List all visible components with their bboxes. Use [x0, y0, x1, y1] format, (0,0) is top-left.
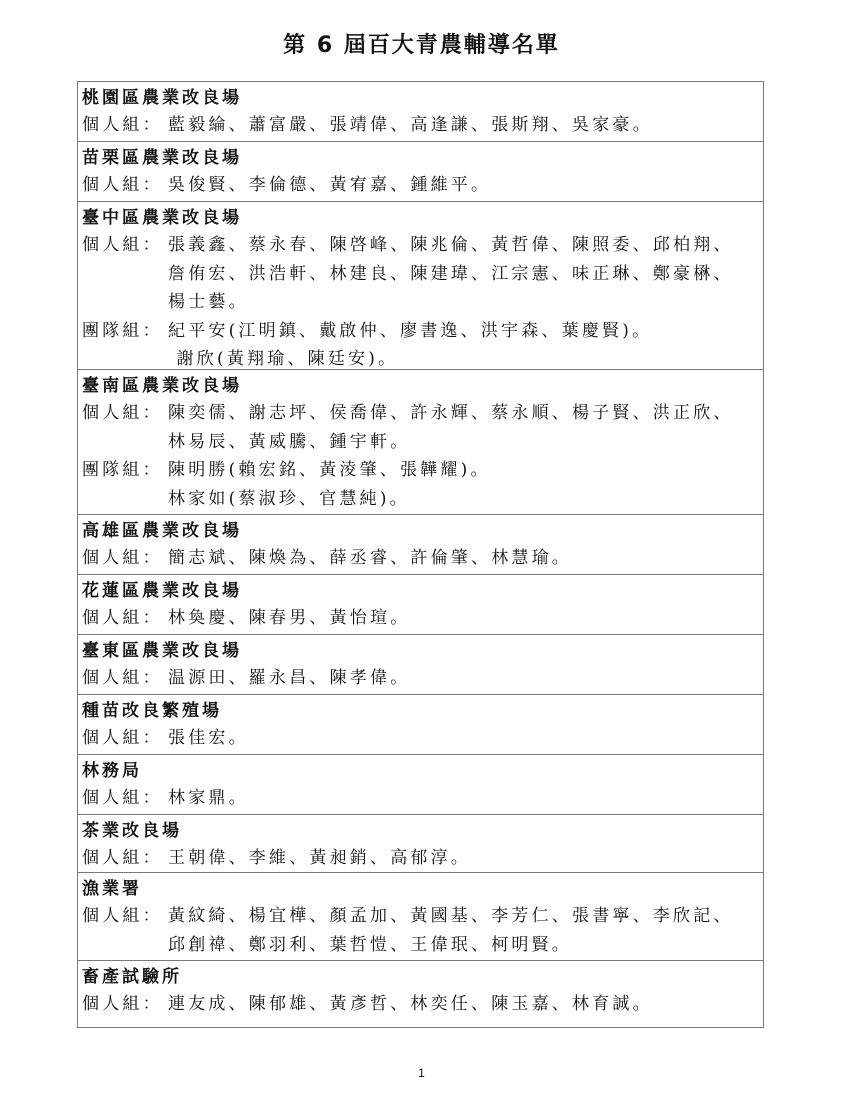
names-line: 連友成、陳郁雄、黃彥哲、林奕任、陳玉嘉、林育誠。: [168, 990, 763, 1019]
award-group: 個人組：陳奕儒、謝志坪、侯喬偉、許永輝、蔡永順、楊子賢、洪正欣、林易辰、黃威騰、…: [82, 399, 763, 456]
award-group: 個人組：林家鼎。: [82, 784, 763, 813]
names-line: 詹侑宏、洪浩軒、林建良、陳建瑋、江宗憲、味正琳、鄭豪楙、: [168, 260, 763, 289]
recipient-names: 陳明勝(賴宏銘、黃淩肇、張韡耀)。林家如(蔡淑珍、官慧純)。: [168, 456, 763, 513]
section-block: 漁業署個人組：黃紋綺、楊宜樺、顏孟加、黃國基、李芳仁、張書寧、李欣記、邱創禕、鄭…: [78, 873, 763, 961]
mentor-list-table: 桃園區農業改良場個人組：藍毅綸、蕭富嚴、張靖偉、高逢謙、張斯翔、吳家豪。苗栗區農…: [77, 81, 764, 1028]
section-heading: 漁業署: [82, 873, 763, 902]
recipient-names: 張義鑫、蔡永春、陳啓峰、陳兆倫、黃哲偉、陳照委、邱柏翔、詹侑宏、洪浩軒、林建良、…: [168, 231, 763, 317]
names-line: 楊士藝。: [168, 288, 763, 317]
section-block: 臺南區農業改良場個人組：陳奕儒、謝志坪、侯喬偉、許永輝、蔡永順、楊子賢、洪正欣、…: [78, 370, 763, 515]
award-group: 團隊組：陳明勝(賴宏銘、黃淩肇、張韡耀)。林家如(蔡淑珍、官慧純)。: [82, 456, 763, 513]
names-line: 簡志斌、陳煥為、薛丞睿、許倫肇、林慧瑜。: [168, 544, 763, 573]
names-line: 張佳宏。: [168, 724, 763, 753]
section-heading: 畜產試驗所: [82, 961, 763, 990]
names-line: 藍毅綸、蕭富嚴、張靖偉、高逢謙、張斯翔、吳家豪。: [168, 111, 763, 140]
award-group: 個人組：簡志斌、陳煥為、薛丞睿、許倫肇、林慧瑜。: [82, 544, 763, 573]
section-heading: 臺南區農業改良場: [82, 370, 763, 399]
section-block: 臺中區農業改良場個人組：張義鑫、蔡永春、陳啓峰、陳兆倫、黃哲偉、陳照委、邱柏翔、…: [78, 202, 763, 370]
award-group: 個人組：連友成、陳郁雄、黃彥哲、林奕任、陳玉嘉、林育誠。: [82, 990, 763, 1019]
group-label: 個人組：: [82, 664, 168, 693]
recipient-names: 藍毅綸、蕭富嚴、張靖偉、高逢謙、張斯翔、吳家豪。: [168, 111, 763, 140]
award-group: 個人組：藍毅綸、蕭富嚴、張靖偉、高逢謙、張斯翔、吳家豪。: [82, 111, 763, 140]
recipient-names: 林家鼎。: [168, 784, 763, 813]
award-group: 個人組：温源田、羅永昌、陳孝偉。: [82, 664, 763, 693]
section-heading: 苗栗區農業改良場: [82, 142, 763, 171]
section-block: 高雄區農業改良場個人組：簡志斌、陳煥為、薛丞睿、許倫肇、林慧瑜。: [78, 515, 763, 575]
recipient-names: 温源田、羅永昌、陳孝偉。: [168, 664, 763, 693]
names-line: 林奐慶、陳春男、黃怡瑄。: [168, 604, 763, 633]
group-label: 個人組：: [82, 990, 168, 1019]
section-heading: 茶業改良場: [82, 815, 763, 844]
award-group: 個人組：吳俊賢、李倫德、黃宥嘉、鍾維平。: [82, 171, 763, 200]
names-line: 林家如(蔡淑珍、官慧純)。: [168, 485, 763, 514]
section-block: 花蓮區農業改良場個人組：林奐慶、陳春男、黃怡瑄。: [78, 575, 763, 635]
recipient-names: 連友成、陳郁雄、黃彥哲、林奕任、陳玉嘉、林育誠。: [168, 990, 763, 1019]
document-title: 第 6 屆百大青農輔導名單: [0, 28, 843, 59]
group-label: 個人組：: [82, 844, 168, 873]
recipient-names: 張佳宏。: [168, 724, 763, 753]
group-label: 個人組：: [82, 231, 168, 260]
recipient-names: 陳奕儒、謝志坪、侯喬偉、許永輝、蔡永順、楊子賢、洪正欣、林易辰、黃威騰、鍾宇軒。: [168, 399, 763, 456]
group-label: 個人組：: [82, 399, 168, 428]
group-label: 團隊組：: [82, 317, 168, 346]
section-block: 桃園區農業改良場個人組：藍毅綸、蕭富嚴、張靖偉、高逢謙、張斯翔、吳家豪。: [78, 82, 763, 142]
names-line: 邱創禕、鄭羽利、葉哲愷、王偉珉、柯明賢。: [168, 931, 763, 960]
group-label: 個人組：: [82, 604, 168, 633]
group-label: 個人組：: [82, 171, 168, 200]
section-block: 林務局個人組：林家鼎。: [78, 755, 763, 815]
recipient-names: 王朝偉、李維、黃昶銷、高郁淳。: [168, 844, 763, 873]
names-line: 王朝偉、李維、黃昶銷、高郁淳。: [168, 844, 763, 873]
section-block: 茶業改良場個人組：王朝偉、李維、黃昶銷、高郁淳。: [78, 815, 763, 873]
section-block: 種苗改良繁殖場個人組：張佳宏。: [78, 695, 763, 755]
group-label: 個人組：: [82, 784, 168, 813]
award-group: 個人組：黃紋綺、楊宜樺、顏孟加、黃國基、李芳仁、張書寧、李欣記、邱創禕、鄭羽利、…: [82, 902, 763, 959]
section-block: 苗栗區農業改良場個人組：吳俊賢、李倫德、黃宥嘉、鍾維平。: [78, 142, 763, 202]
award-group: 團隊組：紀平安(江明鎮、戴啟仲、廖書逸、洪宇森、葉慶賢)。 謝欣(黃翔瑜、陳廷安…: [82, 317, 763, 374]
group-label: 個人組：: [82, 111, 168, 140]
award-group: 個人組：張義鑫、蔡永春、陳啓峰、陳兆倫、黃哲偉、陳照委、邱柏翔、詹侑宏、洪浩軒、…: [82, 231, 763, 317]
group-label: 個人組：: [82, 902, 168, 931]
award-group: 個人組：王朝偉、李維、黃昶銷、高郁淳。: [82, 844, 763, 873]
section-heading: 花蓮區農業改良場: [82, 575, 763, 604]
section-block: 畜產試驗所個人組：連友成、陳郁雄、黃彥哲、林奕任、陳玉嘉、林育誠。: [78, 961, 763, 1027]
section-heading: 桃園區農業改良場: [82, 82, 763, 111]
names-line: 張義鑫、蔡永春、陳啓峰、陳兆倫、黃哲偉、陳照委、邱柏翔、: [168, 231, 763, 260]
section-heading: 臺中區農業改良場: [82, 202, 763, 231]
names-line: 林家鼎。: [168, 784, 763, 813]
names-line: 紀平安(江明鎮、戴啟仲、廖書逸、洪宇森、葉慶賢)。: [168, 317, 763, 346]
page-number: 1: [0, 1066, 843, 1080]
group-label: 個人組：: [82, 544, 168, 573]
group-label: 團隊組：: [82, 456, 168, 485]
section-heading: 林務局: [82, 755, 763, 784]
names-line: 黃紋綺、楊宜樺、顏孟加、黃國基、李芳仁、張書寧、李欣記、: [168, 902, 763, 931]
recipient-names: 紀平安(江明鎮、戴啟仲、廖書逸、洪宇森、葉慶賢)。 謝欣(黃翔瑜、陳廷安)。: [168, 317, 763, 374]
names-line: 謝欣(黃翔瑜、陳廷安)。: [168, 345, 763, 374]
section-heading: 種苗改良繁殖場: [82, 695, 763, 724]
names-line: 陳奕儒、謝志坪、侯喬偉、許永輝、蔡永順、楊子賢、洪正欣、: [168, 399, 763, 428]
award-group: 個人組：張佳宏。: [82, 724, 763, 753]
names-line: 温源田、羅永昌、陳孝偉。: [168, 664, 763, 693]
group-label: 個人組：: [82, 724, 168, 753]
names-line: 吳俊賢、李倫德、黃宥嘉、鍾維平。: [168, 171, 763, 200]
section-block: 臺東區農業改良場個人組：温源田、羅永昌、陳孝偉。: [78, 635, 763, 695]
names-line: 陳明勝(賴宏銘、黃淩肇、張韡耀)。: [168, 456, 763, 485]
names-line: 林易辰、黃威騰、鍾宇軒。: [168, 428, 763, 457]
recipient-names: 林奐慶、陳春男、黃怡瑄。: [168, 604, 763, 633]
recipient-names: 吳俊賢、李倫德、黃宥嘉、鍾維平。: [168, 171, 763, 200]
section-heading: 臺東區農業改良場: [82, 635, 763, 664]
award-group: 個人組：林奐慶、陳春男、黃怡瑄。: [82, 604, 763, 633]
recipient-names: 黃紋綺、楊宜樺、顏孟加、黃國基、李芳仁、張書寧、李欣記、邱創禕、鄭羽利、葉哲愷、…: [168, 902, 763, 959]
recipient-names: 簡志斌、陳煥為、薛丞睿、許倫肇、林慧瑜。: [168, 544, 763, 573]
section-heading: 高雄區農業改良場: [82, 515, 763, 544]
